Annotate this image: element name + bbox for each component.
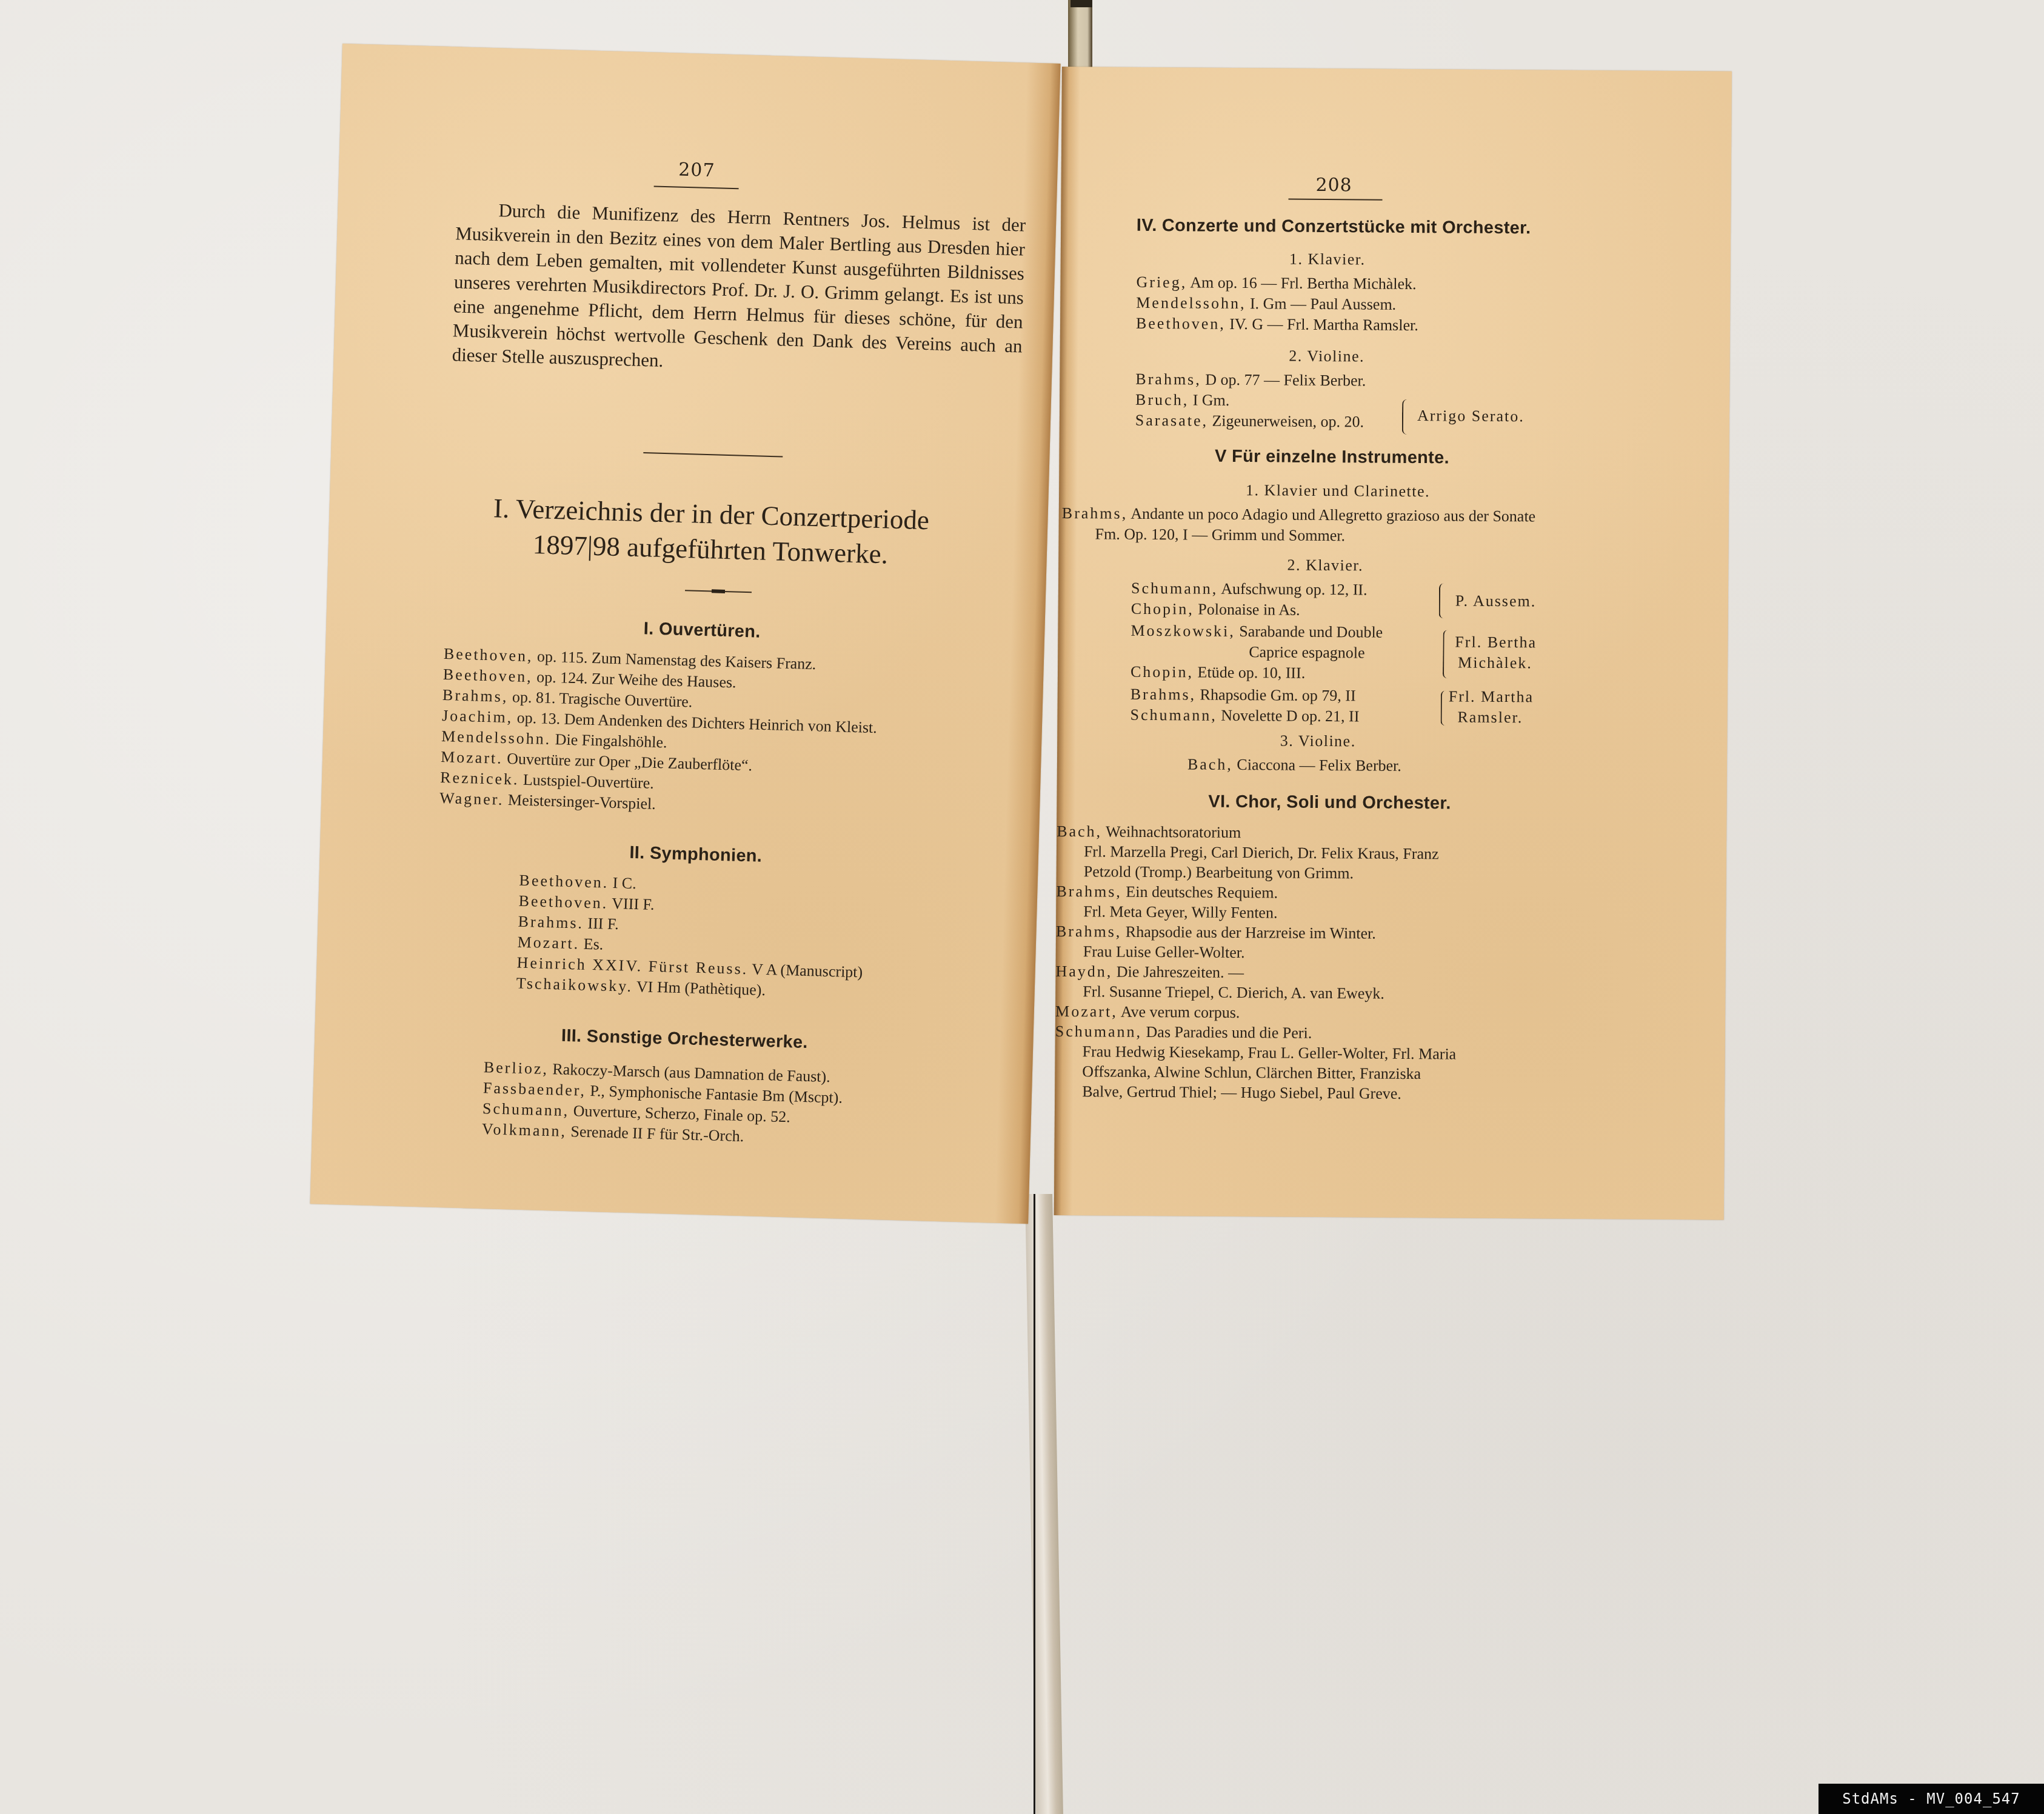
subheading-klavier: 1. Klavier. bbox=[1231, 250, 1424, 269]
work-title: Etüde op. 10, III. bbox=[1198, 664, 1306, 682]
work-title: Ein deutsches Requiem. bbox=[1126, 883, 1278, 902]
composer-name: Brahms, bbox=[1056, 882, 1122, 901]
composer-name: Mendelssohn. bbox=[441, 727, 552, 748]
list-item: Schumann, Aufschwung op. 12, II. bbox=[1131, 578, 1434, 601]
section-heading-conzerte: IV. Conzerte und Conzertstücke mit Orche… bbox=[1097, 215, 1570, 238]
main-title: I. Verzeichnis der in der Conzertperiode… bbox=[437, 489, 984, 575]
composer-name: Wagner. bbox=[439, 789, 504, 809]
work-title: V A (Manuscript) bbox=[752, 960, 863, 981]
book-spine-top-edge bbox=[1070, 0, 1092, 7]
title-ornament bbox=[685, 590, 752, 593]
composer-name: Schumann, bbox=[1055, 1022, 1142, 1041]
chor-list: Bach, Weihnachtsoratorium Frl. Marzella … bbox=[1055, 821, 1723, 1106]
list-item: Bach, Ciaccona — Felix Berber. bbox=[1187, 754, 1551, 777]
composer-name: Haydn, bbox=[1055, 962, 1112, 981]
work-title: Ave verum corpus. bbox=[1121, 1003, 1240, 1021]
conzerte-klavier-list: Grieg, Am op. 16 — Frl. Bertha Michàlek.… bbox=[1136, 272, 1634, 338]
section-heading-symphonien: II. Symphonien. bbox=[550, 841, 841, 869]
work-title: Lustspiel-Ouvertüre. bbox=[523, 771, 655, 792]
klavier-group-2: Moszkowski, Sarabande und Double Caprice… bbox=[1131, 621, 1446, 685]
symphonien-list: Beethoven. I C. Beethoven. VIII F. Brahm… bbox=[516, 870, 1004, 1007]
list-item: Mendelssohn, I. Gm — Paul Aussem. bbox=[1136, 293, 1633, 317]
composer-name: Reznicek. bbox=[440, 769, 519, 789]
composer-name: Bruch, bbox=[1135, 391, 1189, 409]
composer-name: Brahms, bbox=[443, 686, 509, 705]
composer-name: Moszkowski, bbox=[1131, 622, 1235, 640]
section-heading-ouvertueren: I. Ouvertüren. bbox=[556, 616, 848, 644]
composer-name: Mozart. bbox=[441, 748, 503, 767]
book-spine-top bbox=[1068, 0, 1092, 73]
composer-name: Grieg, bbox=[1136, 273, 1187, 292]
subheading-klavier-2: 2. Klavier. bbox=[1216, 556, 1434, 576]
intro-paragraph-text: Durch die Munifizenz des Herrn Rentners … bbox=[452, 199, 1026, 371]
work-title: Rhapsodie aus der Harzreise im Winter. bbox=[1126, 923, 1376, 942]
work-title: I C. bbox=[612, 874, 636, 892]
page-number-rule bbox=[1288, 199, 1382, 201]
composer-name: Schumann, bbox=[483, 1099, 570, 1119]
section-heading-chor: VI. Chor, Soli und Orchester. bbox=[1160, 792, 1499, 814]
subheading-violine: 2. Violine. bbox=[1230, 347, 1424, 366]
list-item: Schumann, Novelette D op. 21, II bbox=[1130, 705, 1445, 728]
klavier-clarinette-list: Brahms, Andante un poco Adagio und Alleg… bbox=[1058, 503, 1725, 549]
composer-name: Schumann, bbox=[1130, 706, 1217, 724]
left-page: 207 Durch die Munifizenz des Herrn Rentn… bbox=[310, 44, 1061, 1224]
performer-name-line-2: Ramsler. bbox=[1457, 707, 1523, 729]
page-number: 208 bbox=[1286, 175, 1383, 196]
composer-name: Volkmann, bbox=[482, 1120, 567, 1140]
work-title: Weihnachtsoratorium bbox=[1106, 823, 1241, 842]
brace-icon bbox=[1402, 399, 1408, 435]
page-number-rule bbox=[654, 185, 739, 189]
work-title: Zigeunerweisen, op. 20. bbox=[1212, 412, 1364, 431]
composer-name: Mozart. bbox=[517, 933, 579, 953]
klavier-group-3: Brahms, Rhapsodie Gm. op 79, II Schumann… bbox=[1130, 684, 1445, 728]
performers-line: Balve, Gertrud Thiel; — Hugo Siebel, Pau… bbox=[1055, 1081, 1722, 1106]
composer-name: Bach, bbox=[1187, 755, 1233, 773]
composer-name: Fassbaender, bbox=[483, 1079, 587, 1099]
composer-name: Mozart, bbox=[1055, 1002, 1118, 1021]
work-title: VI Hm (Pathètique). bbox=[636, 978, 766, 999]
work-title: Andante un poco Adagio und Allegretto gr… bbox=[1131, 505, 1535, 525]
section-heading-einzelne: V Für einzelne Instrumente. bbox=[1144, 446, 1520, 469]
composer-name: Beethoven. bbox=[518, 892, 608, 912]
list-item-continuation: Fm. Op. 120, I — Grimm und Sommer. bbox=[1058, 524, 1725, 549]
list-item: Brahms, D op. 77 — Felix Berber. bbox=[1135, 369, 1475, 392]
brace-icon bbox=[1440, 690, 1446, 725]
composer-name: Brahms, bbox=[1131, 685, 1197, 704]
section-divider-rule bbox=[643, 452, 783, 457]
work-title: Caprice espagnole bbox=[1249, 643, 1365, 661]
list-item: Grieg, Am op. 16 — Frl. Bertha Michàlek. bbox=[1136, 272, 1633, 296]
list-item: Brahms, Rhapsodie Gm. op 79, II bbox=[1131, 684, 1446, 707]
subheading-violine-3: 3. Violine. bbox=[1209, 732, 1427, 752]
work-title: Sarabande und Double bbox=[1239, 622, 1383, 641]
work-title: Die Fingalshöhle. bbox=[555, 730, 667, 751]
composer-name: Berlioz, bbox=[484, 1058, 549, 1078]
work-title: Am op. 16 — Frl. Bertha Michàlek. bbox=[1190, 273, 1417, 293]
page-number: 207 bbox=[654, 158, 740, 182]
work-title: III F. bbox=[587, 915, 619, 933]
work-title: Ciaccona — Felix Berber. bbox=[1237, 756, 1401, 775]
work-title: Novelette D op. 21, II bbox=[1221, 707, 1359, 725]
brace-icon bbox=[1443, 630, 1449, 678]
composer-name: Beethoven, bbox=[443, 665, 533, 685]
composer-name: Bach, bbox=[1057, 822, 1102, 841]
list-item: Moszkowski, Sarabande und Double bbox=[1131, 621, 1446, 644]
work-title: Polonaise in As. bbox=[1198, 601, 1300, 619]
right-page: 208 IV. Conzerte und Conzertstücke mit O… bbox=[1054, 67, 1732, 1220]
performer-name: P. Aussem. bbox=[1455, 591, 1537, 612]
composer-name: Beethoven, bbox=[444, 645, 533, 665]
composer-name: Chopin, bbox=[1131, 663, 1194, 681]
paragraph-indent bbox=[456, 215, 498, 216]
work-title: Meistersinger-Vorspiel. bbox=[508, 791, 656, 813]
book-spine-shadow-line bbox=[1034, 1194, 1035, 1814]
subheading-klavier-clarinette: 1. Klavier und Clarinette. bbox=[1180, 481, 1495, 501]
composer-name: Brahms, bbox=[1135, 370, 1201, 388]
composer-name: Mendelssohn, bbox=[1136, 294, 1246, 312]
list-item: Chopin, Etüde op. 10, III. bbox=[1131, 662, 1446, 685]
work-title: Das Paradies und die Peri. bbox=[1146, 1023, 1312, 1042]
klavier-group-1: Schumann, Aufschwung op. 12, II. Chopin,… bbox=[1131, 578, 1434, 621]
composer-name: Tschaikowsky. bbox=[516, 975, 633, 995]
list-item: Chopin, Polonaise in As. bbox=[1131, 599, 1434, 621]
work-title: Rhapsodie Gm. op 79, II bbox=[1200, 686, 1356, 705]
composer-name: Sarasate, bbox=[1135, 412, 1208, 430]
work-title: op. 81. Tragische Ouvertüre. bbox=[512, 688, 693, 710]
composer-name: Brahms, bbox=[1056, 922, 1122, 941]
work-title: D op. 77 — Felix Berber. bbox=[1205, 371, 1366, 390]
composer-name: Brahms, bbox=[1062, 504, 1128, 522]
work-title: I. Gm — Paul Aussem. bbox=[1250, 295, 1396, 313]
brace-icon bbox=[1439, 583, 1445, 618]
work-title: Aufschwung op. 12, II. bbox=[1221, 580, 1367, 599]
performer-name-line-1: Frl. Martha bbox=[1449, 686, 1534, 707]
archive-watermark-label: StdAMs - MV_004_547 bbox=[1819, 1784, 2044, 1814]
work-title: IV. G — Frl. Martha Ramsler. bbox=[1229, 315, 1418, 334]
composer-name: Chopin, bbox=[1131, 600, 1194, 618]
work-title: Serenade II F für Str.-Orch. bbox=[570, 1122, 744, 1145]
composer-name: Beethoven, bbox=[1136, 315, 1226, 333]
performer-name: Arrigo Serato. bbox=[1417, 405, 1525, 427]
sonstige-list: Berlioz, Rakoczy-Marsch (aus Damnation d… bbox=[482, 1057, 999, 1154]
ouvertueren-list: Beethoven, op. 115. Zum Namenstag des Ka… bbox=[439, 644, 1014, 824]
performer-name-line-2: Michàlek. bbox=[1458, 653, 1532, 674]
section-heading-sonstige: III. Sonstige Orchesterwerke. bbox=[496, 1024, 873, 1055]
work-title: Die Jahreszeiten. — bbox=[1117, 963, 1244, 981]
work-title: VIII F. bbox=[612, 895, 655, 913]
composer-name: Beethoven. bbox=[519, 872, 609, 892]
work-title: I Gm. bbox=[1193, 392, 1230, 409]
list-item: Caprice espagnole bbox=[1131, 641, 1446, 664]
composer-name: Joachim, bbox=[442, 707, 513, 726]
work-title: Es. bbox=[583, 935, 603, 953]
list-item: Beethoven, IV. G — Frl. Martha Ramsler. bbox=[1136, 313, 1633, 338]
composer-name: Schumann, bbox=[1131, 579, 1218, 598]
violine-solo-list: Bach, Ciaccona — Felix Berber. bbox=[1187, 754, 1551, 777]
intro-paragraph: Durch die Munifizenz des Herrn Rentners … bbox=[452, 197, 1026, 382]
performer-name-line-1: Frl. Bertha bbox=[1455, 632, 1537, 653]
composer-name: Brahms. bbox=[518, 913, 584, 932]
